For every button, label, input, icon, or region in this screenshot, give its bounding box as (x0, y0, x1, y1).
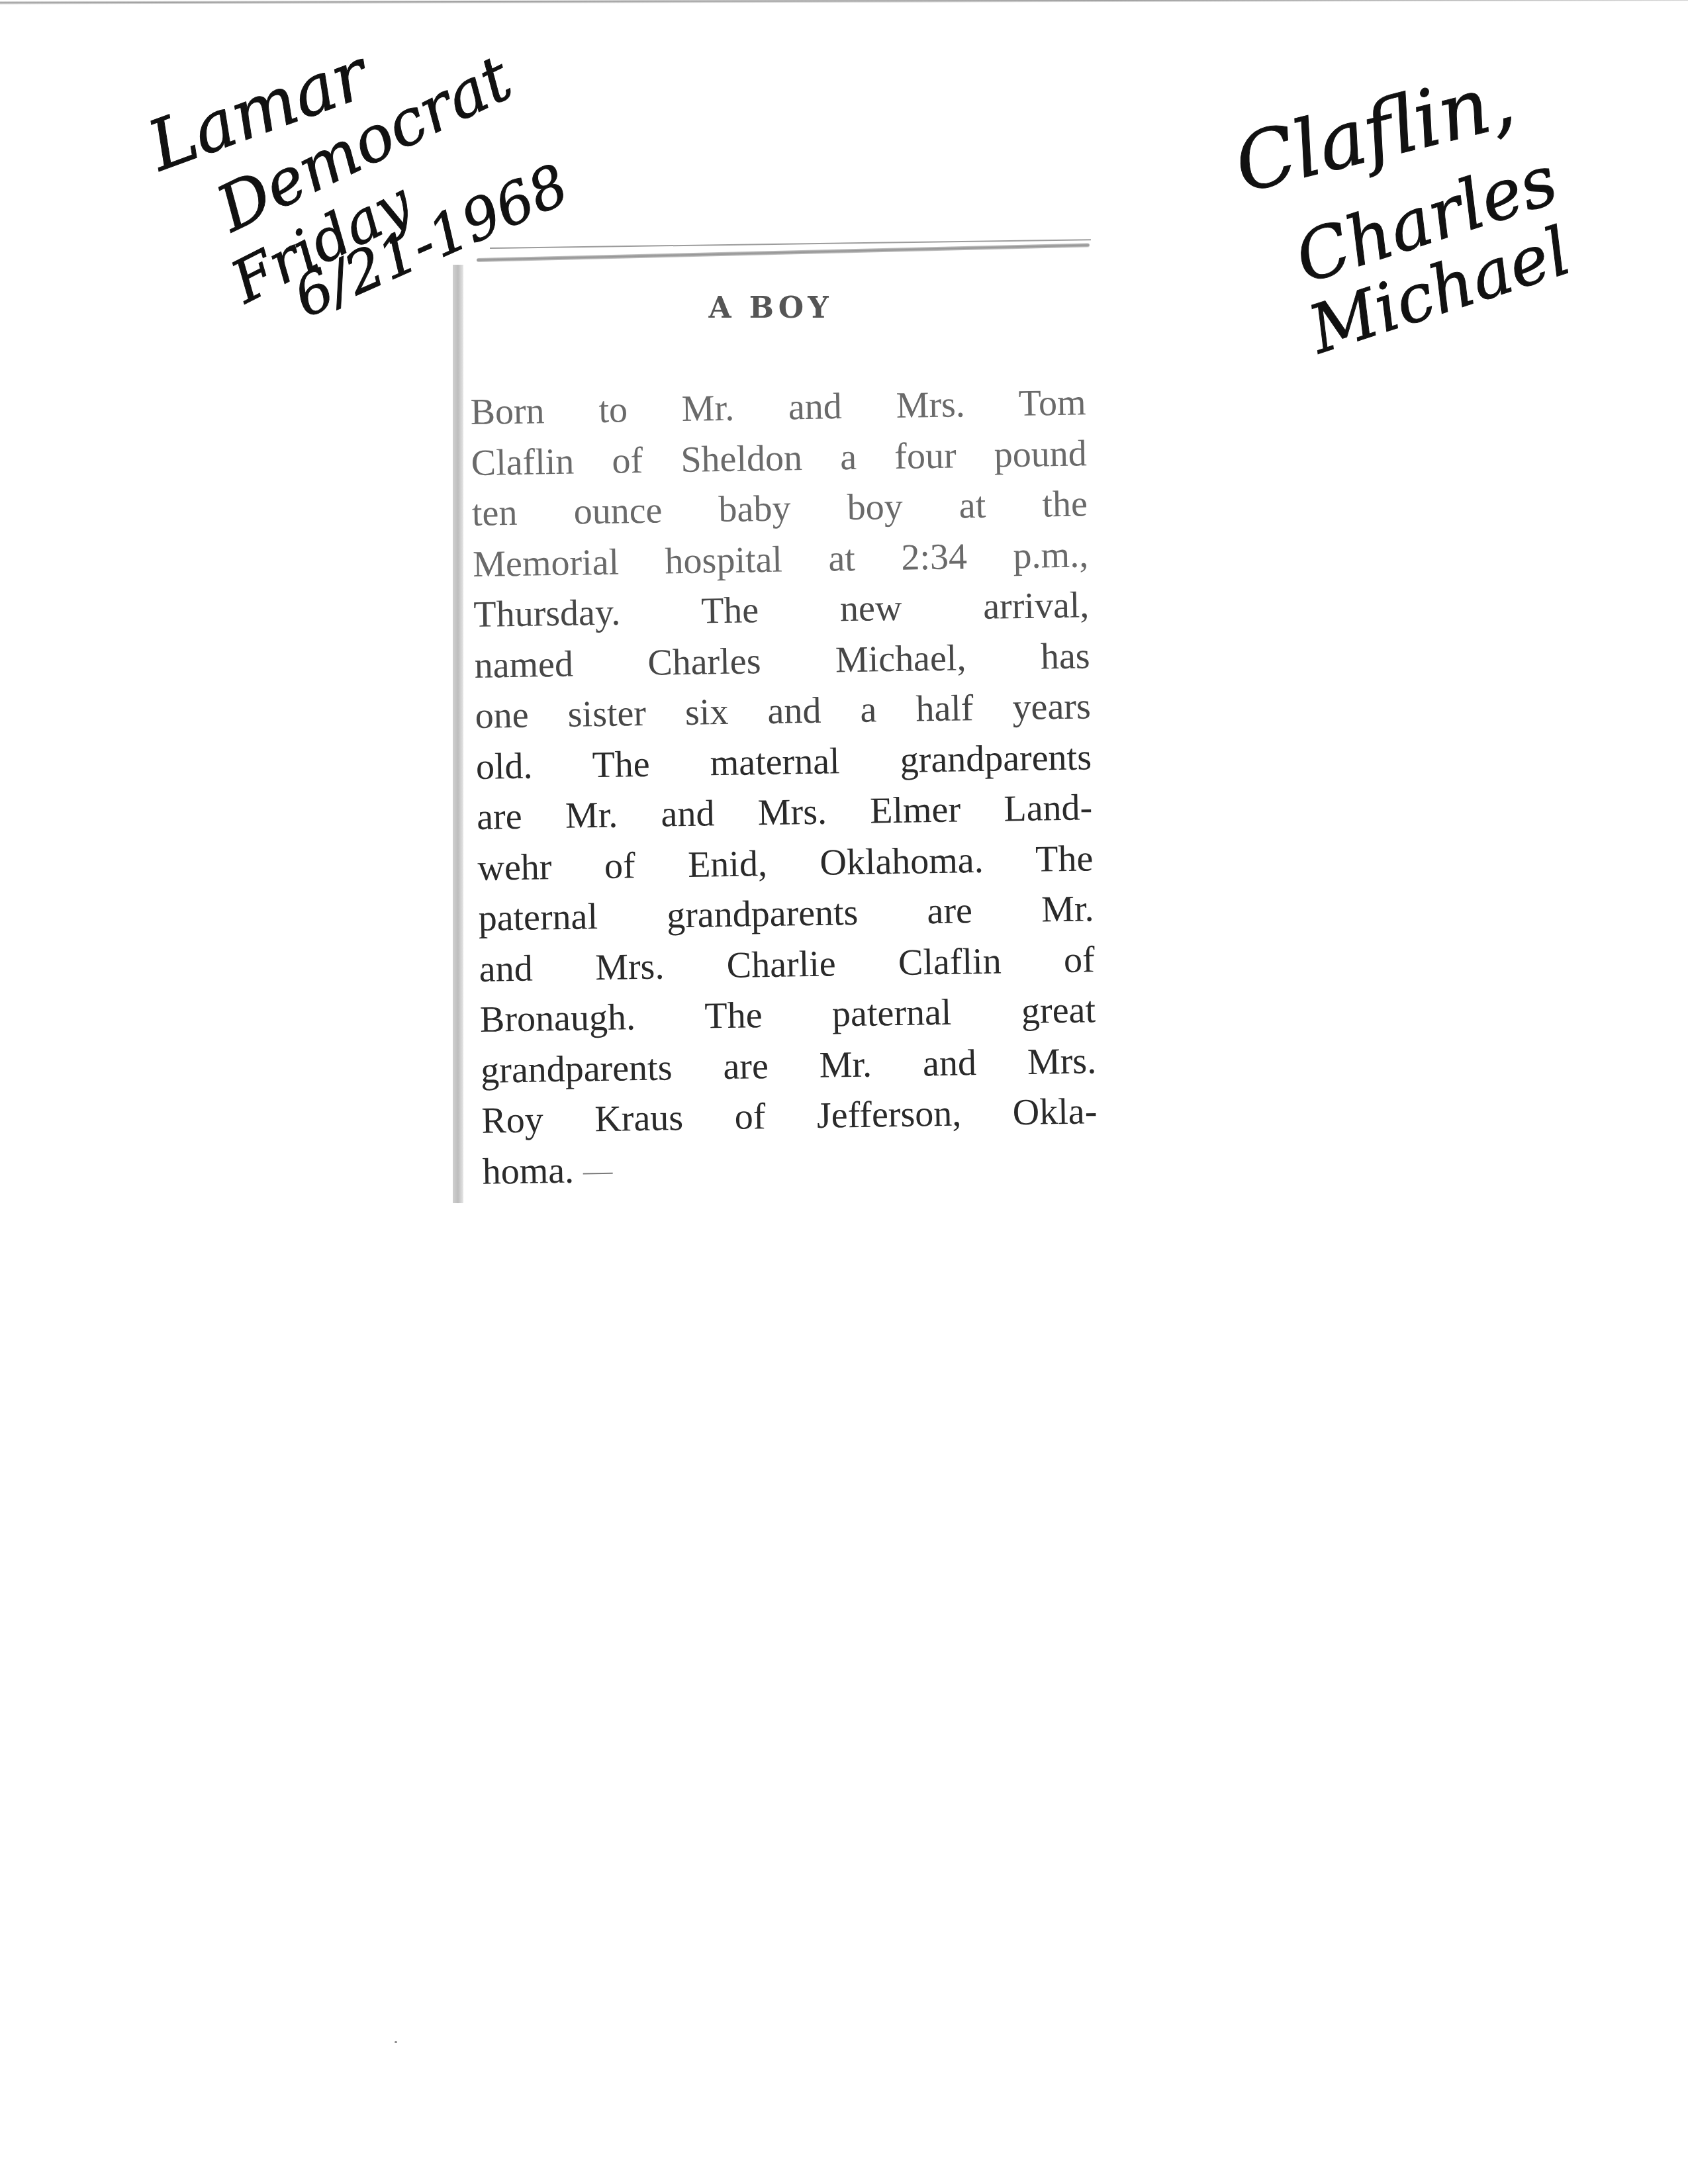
clipping-line-final: homa. (482, 1137, 1098, 1197)
clipping-headline: A BOY (450, 291, 1091, 325)
scan-speck (395, 2041, 397, 2043)
clipping-line: Bronaugh. The paternal great (479, 985, 1096, 1045)
scan-edge-line (0, 0, 1688, 5)
clipping-line: one sister six and a half years (475, 681, 1091, 741)
clipping-line: Claflin of Sheldon a four pound (471, 428, 1087, 488)
newspaper-clipping: A BOY Born to Mr. and Mrs. Tom Claflin o… (450, 245, 1091, 1205)
clipping-line: grandparents are Mr. and Mrs. (481, 1036, 1097, 1096)
clipping-line: and Mrs. Charlie Claflin of (479, 934, 1095, 995)
clipping-line: paternal grandparents are Mr. (478, 884, 1094, 944)
clipping-line: Thursday. The new arrival, (473, 580, 1090, 640)
clipping-line: named Charles Michael, has (474, 631, 1090, 691)
clipping-body: Born to Mr. and Mrs. Tom Claflin of Shel… (470, 377, 1098, 1197)
clipping-line: Roy Kraus of Jefferson, Okla- (481, 1086, 1098, 1146)
clipping-line: are Mr. and Mrs. Elmer Land- (477, 782, 1093, 842)
end-dash (583, 1172, 613, 1174)
clipping-edge-shadow (453, 265, 463, 1203)
clipping-line: ten ounce baby boy at the (471, 478, 1088, 539)
clipping-line: Born to Mr. and Mrs. Tom (470, 377, 1086, 437)
clipping-line: Memorial hospital at 2:34 p.m., (473, 529, 1089, 590)
clipping-line: old. The maternal grandparents (475, 732, 1092, 792)
clipping-line: wehr of Enid, Oklahoma. The (477, 833, 1094, 893)
clipping-line-final-text: homa. (482, 1150, 574, 1192)
